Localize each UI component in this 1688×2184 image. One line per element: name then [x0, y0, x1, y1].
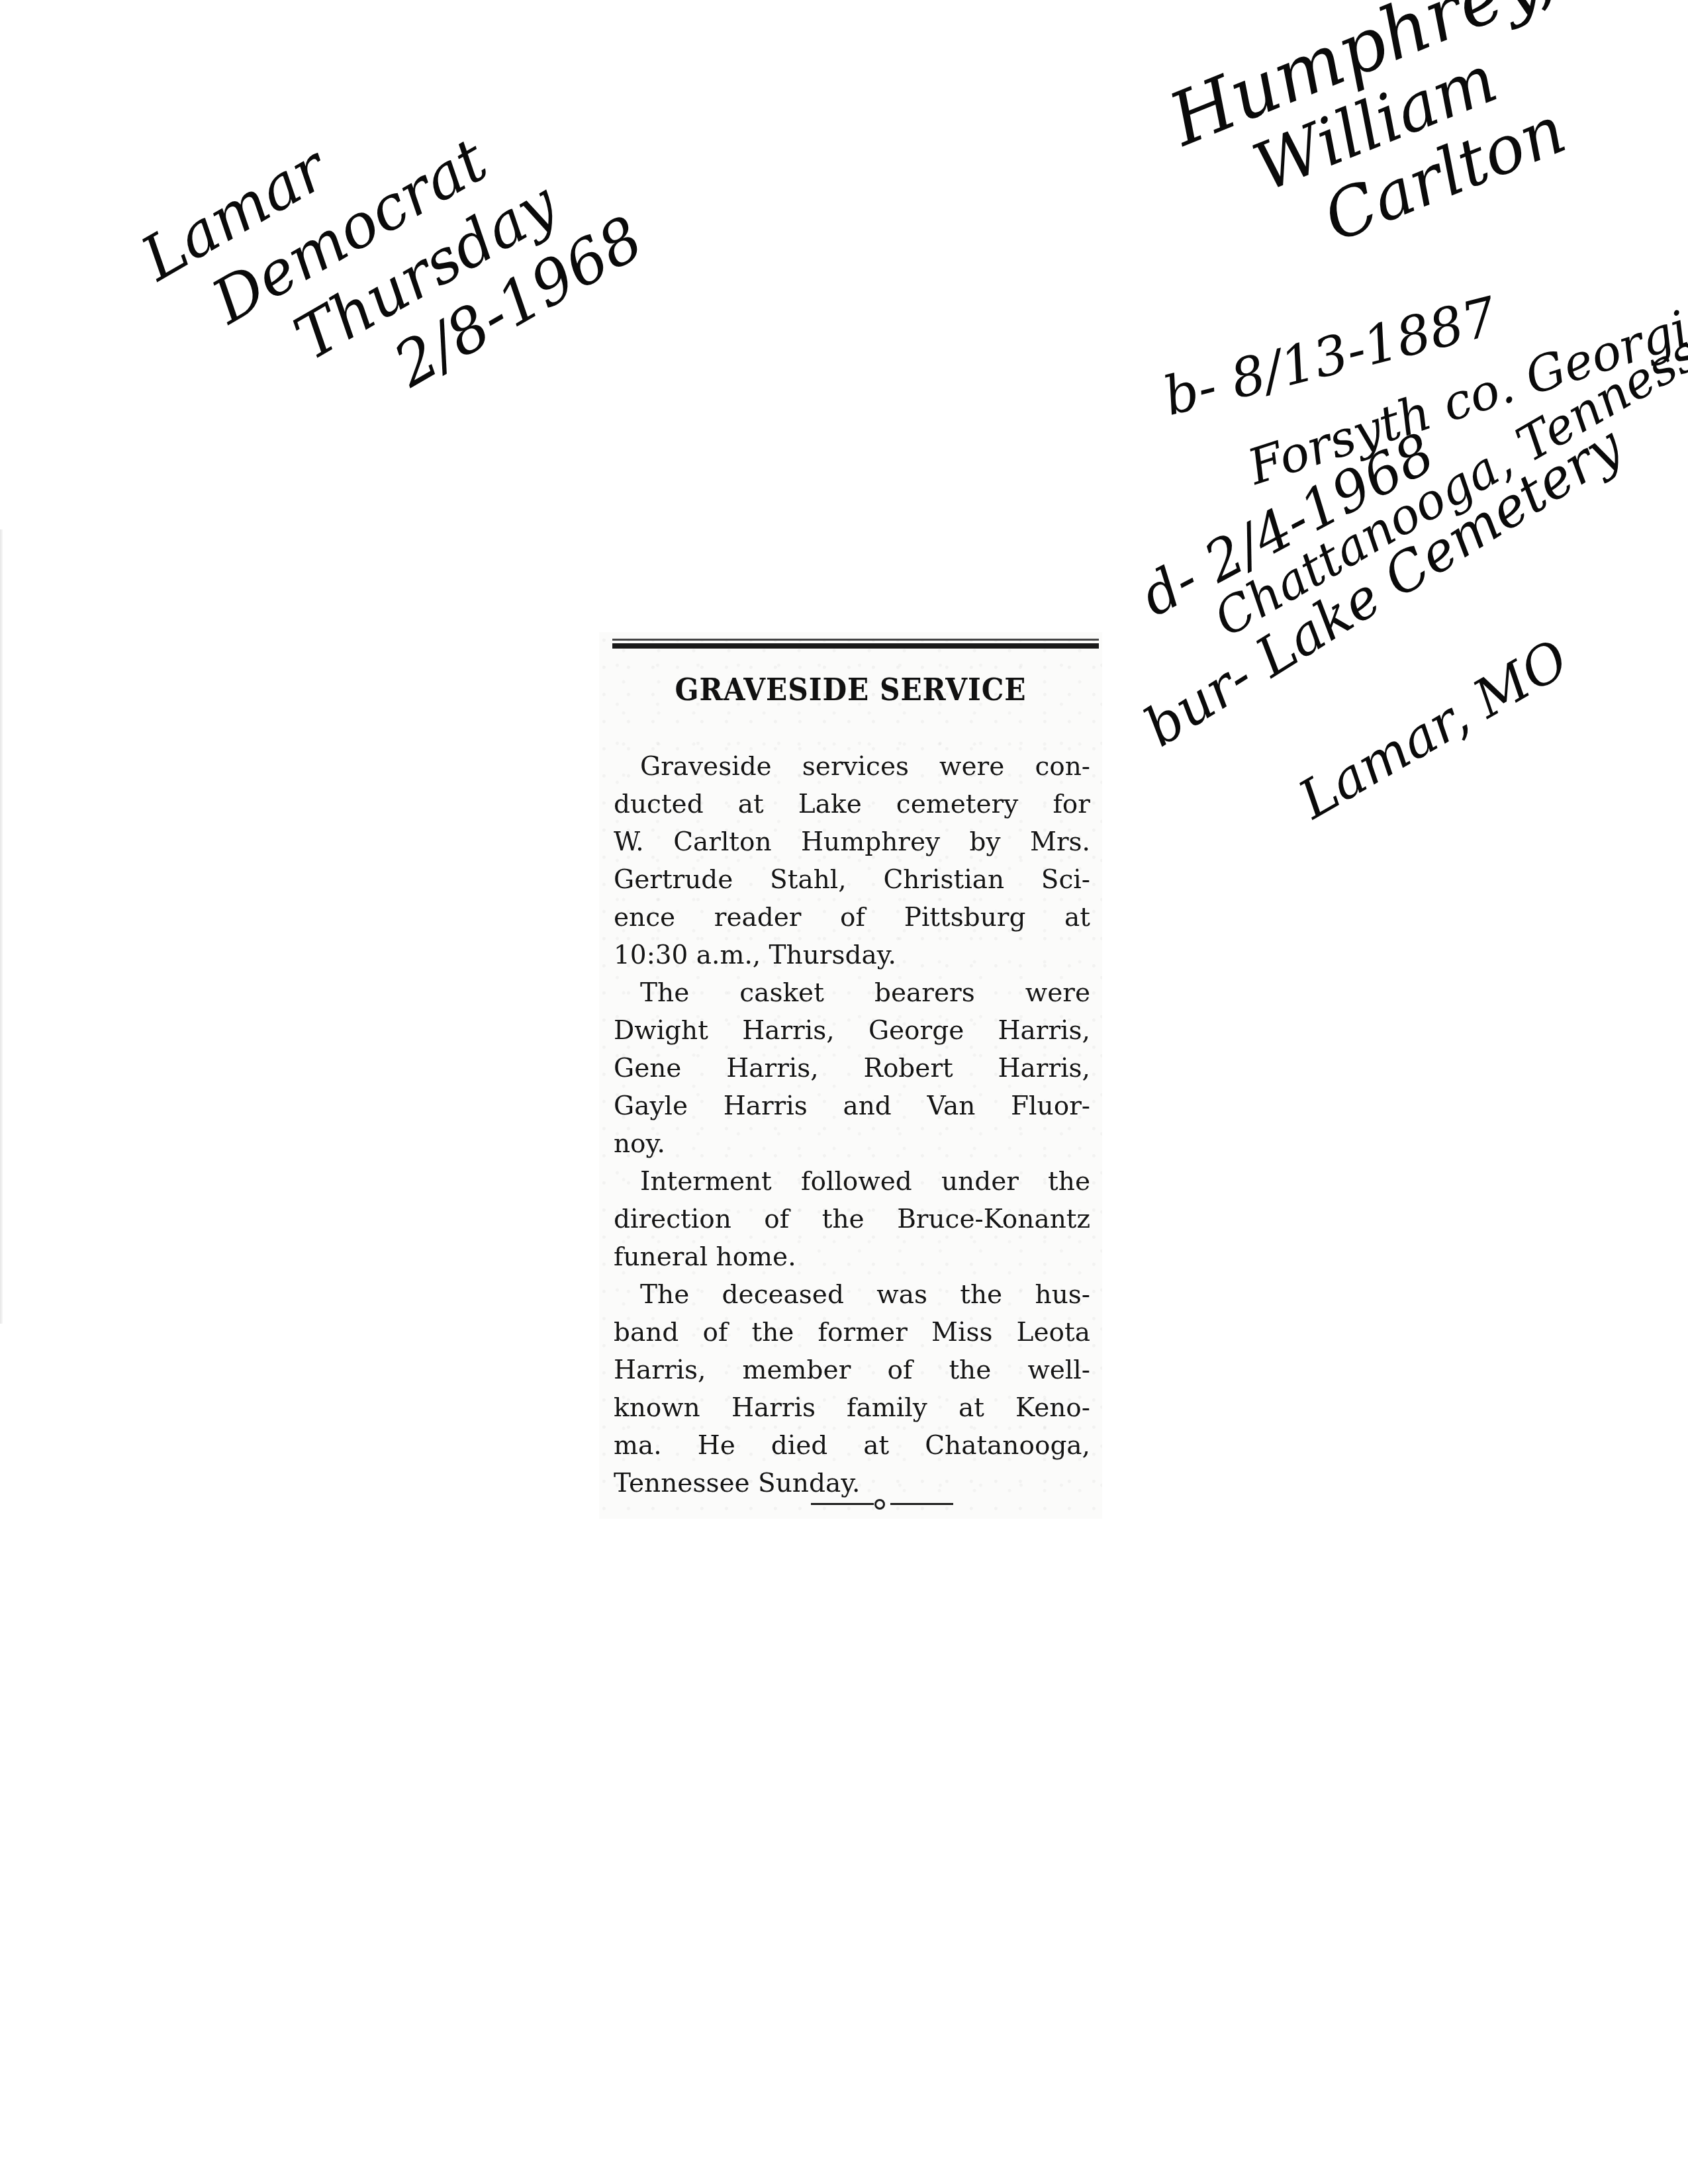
article-line: band of the former Miss Leota	[614, 1314, 1090, 1351]
handwritten-burial-place: Lamar, MO	[1291, 632, 1577, 827]
clipping-top-rule-thick	[612, 643, 1099, 649]
handwritten-source-note: Lamar Democrat Thursday 2/8-1968	[132, 18, 658, 490]
article-line: Tennessee Sunday.	[614, 1465, 1090, 1502]
article-line: ence reader of Pittsburg at	[614, 899, 1090, 936]
end-of-article-ornament	[811, 1499, 953, 1508]
article-line: ducted at Lake cemetery for	[614, 786, 1090, 823]
clipping-article: Graveside services were con- ducted at L…	[614, 748, 1090, 1502]
handwritten-subject-name: Humphrey, William Carlton	[1160, 0, 1620, 298]
ornament-rule-left	[811, 1503, 874, 1505]
article-line: Dwight Harris, George Harris,	[614, 1012, 1090, 1050]
article-line: Interment followed under the	[614, 1163, 1090, 1201]
article-line: noy.	[614, 1125, 1090, 1163]
newspaper-clipping: GRAVESIDE SERVICE Graveside services wer…	[599, 632, 1102, 1519]
article-paragraph: The casket bearers were Dwight Harris, G…	[614, 974, 1090, 1163]
article-line: Harris, member of the well-	[614, 1351, 1090, 1389]
article-paragraph: The deceased was the hus- band of the fo…	[614, 1276, 1090, 1502]
article-paragraph: Interment followed under the direction o…	[614, 1163, 1090, 1276]
article-paragraph: Graveside services were con- ducted at L…	[614, 748, 1090, 974]
article-line: direction of the Bruce-Konantz	[614, 1201, 1090, 1238]
ornament-ring-icon	[874, 1499, 885, 1510]
article-line: ma. He died at Chatanooga,	[614, 1427, 1090, 1465]
article-line: Graveside services were con-	[614, 748, 1090, 786]
article-line: The casket bearers were	[614, 974, 1090, 1012]
article-line: The deceased was the hus-	[614, 1276, 1090, 1314]
article-line: W. Carlton Humphrey by Mrs.	[614, 823, 1090, 861]
article-line: funeral home.	[614, 1238, 1090, 1276]
clipping-headline: GRAVESIDE SERVICE	[619, 672, 1082, 707]
article-line: Gayle Harris and Van Fluor-	[614, 1087, 1090, 1125]
scan-edge	[0, 529, 3, 1324]
article-line: Gertrude Stahl, Christian Sci-	[614, 861, 1090, 899]
article-line: known Harris family at Keno-	[614, 1389, 1090, 1427]
ornament-rule-right	[890, 1503, 953, 1505]
article-line: 10:30 a.m., Thursday.	[614, 936, 1090, 974]
clipping-top-rule-thin	[612, 639, 1099, 641]
article-line: Gene Harris, Robert Harris,	[614, 1050, 1090, 1087]
